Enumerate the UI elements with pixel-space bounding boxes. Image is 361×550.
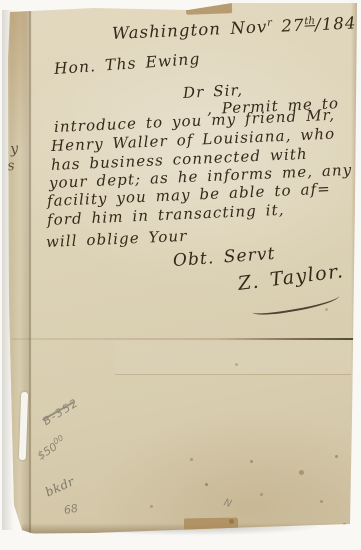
dateline-year: /1849: [315, 13, 361, 34]
dateline: Washington Novr 27th/1849: [112, 13, 361, 43]
vertical-fold-crease: [29, 0, 31, 550]
fold-impression: [115, 341, 351, 375]
tape-stain-top: [186, 1, 232, 15]
pencil-catalog-number: B-352: [41, 396, 82, 428]
pencil-corner-mark: N: [222, 497, 233, 510]
recipient-line: Hon. Ths Ewing: [53, 50, 201, 78]
body-line: will oblige Your: [46, 227, 188, 251]
fold-discoloration: [8, 0, 28, 150]
letter-paper: Washington Novr 27th/1849 Hon. Ths Ewing…: [0, 0, 361, 550]
dateline-city-month: Washington Nov: [112, 17, 268, 43]
closing-line: Obt. Servt: [172, 244, 276, 271]
pencil-dealer-number: 68: [63, 502, 79, 517]
pencil-dealer-scribble: bkdr: [43, 474, 76, 499]
foxing-spots: [205, 483, 208, 486]
photo-background: Washington Novr 27th/1849 Hon. Ths Ewing…: [0, 0, 361, 550]
signature-flourish: [251, 290, 340, 318]
dateline-day: 27: [272, 16, 305, 36]
paper-right-edge: [351, 2, 358, 532]
pencil-price: $5000: [34, 433, 68, 462]
horizontal-fold-crease: [12, 338, 355, 340]
